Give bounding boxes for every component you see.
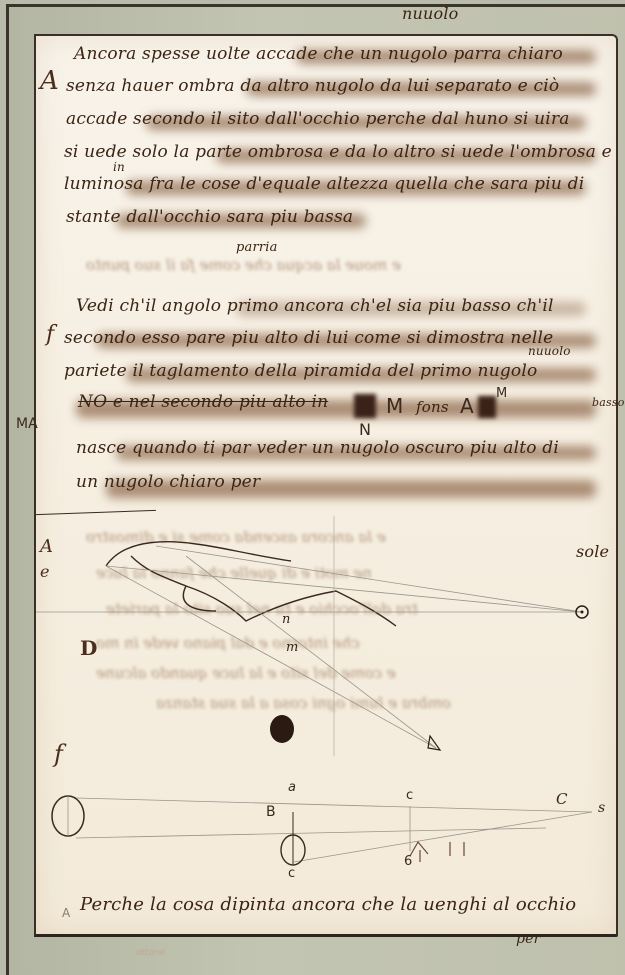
catchword: per bbox=[516, 931, 541, 947]
label-B: B bbox=[266, 804, 276, 820]
text-line: secondo esso pare piu alto di lui come s… bbox=[64, 328, 553, 348]
label-n: n bbox=[282, 612, 291, 627]
label-a: a bbox=[288, 780, 296, 795]
margin-A-2: A bbox=[40, 536, 53, 557]
text-line: si uede solo la parte ombrosa e da lo al… bbox=[64, 142, 612, 162]
text-line: luminosa fra le cose d'equale altezza qu… bbox=[64, 174, 584, 194]
margin-D: D bbox=[80, 636, 97, 660]
label-C: C bbox=[556, 790, 568, 808]
margin-f-2: f bbox=[54, 740, 63, 768]
text-fons: fons bbox=[416, 398, 449, 416]
interlinear-parria: parria bbox=[236, 240, 278, 255]
text-line: un nugolo chiaro per bbox=[76, 472, 260, 492]
label-c-top: c bbox=[406, 788, 413, 803]
margin-basso: basso bbox=[592, 396, 625, 409]
interlinear-nuuolo-2: nuuolo bbox=[528, 344, 571, 358]
label-c-bottom: c bbox=[288, 866, 295, 881]
label-s: s bbox=[598, 800, 605, 816]
text-line: stante dall'occhio sara piu bassa bbox=[66, 207, 353, 227]
label-m: m bbox=[286, 640, 299, 655]
stamp: ottone bbox=[136, 948, 165, 958]
margin-f: f bbox=[46, 322, 54, 347]
manuscript-page: nuuolo Ancora spesse uolte accade che un… bbox=[34, 34, 618, 937]
text-line: accade secondo il sito dall'occhio perch… bbox=[66, 109, 570, 129]
blot-box bbox=[354, 394, 376, 418]
margin-e: e bbox=[40, 562, 49, 581]
marker-A: A bbox=[62, 906, 70, 920]
letter-M: M bbox=[386, 394, 403, 418]
lower-diagram bbox=[36, 776, 616, 886]
final-line: Perche la cosa dipinta ancora che la uen… bbox=[80, 894, 576, 915]
text-line: Vedi ch'il angolo primo ancora ch'el sia… bbox=[76, 296, 554, 316]
text-line: Ancora spesse uolte accade che un nugolo… bbox=[74, 44, 563, 64]
upper-diagram bbox=[36, 516, 616, 756]
margin-MA: MA bbox=[16, 416, 38, 432]
blot-box-2 bbox=[478, 396, 496, 418]
margin-A: A bbox=[40, 66, 59, 96]
bleed-through-line: e moue la acqua che come fa il suo punto bbox=[86, 256, 401, 274]
text-line: NO e nel secondo piu alto in bbox=[78, 392, 328, 412]
text-line: nasce quando ti par veder un nugolo oscu… bbox=[76, 438, 559, 458]
letter-A: A bbox=[460, 394, 474, 418]
label-sole: sole bbox=[576, 542, 609, 561]
text-line: senza hauer ombra da altro nugolo da lui… bbox=[66, 76, 559, 96]
interlinear-in: in bbox=[113, 160, 125, 174]
interlinear-nuuolo: nuuolo bbox=[402, 4, 459, 23]
rule-line bbox=[36, 510, 156, 515]
text-line: pariete il taglamento della piramida del… bbox=[64, 361, 537, 381]
label-6: 6 bbox=[404, 854, 412, 869]
letter-N: N bbox=[359, 420, 371, 439]
superscript-M: M bbox=[496, 386, 507, 401]
